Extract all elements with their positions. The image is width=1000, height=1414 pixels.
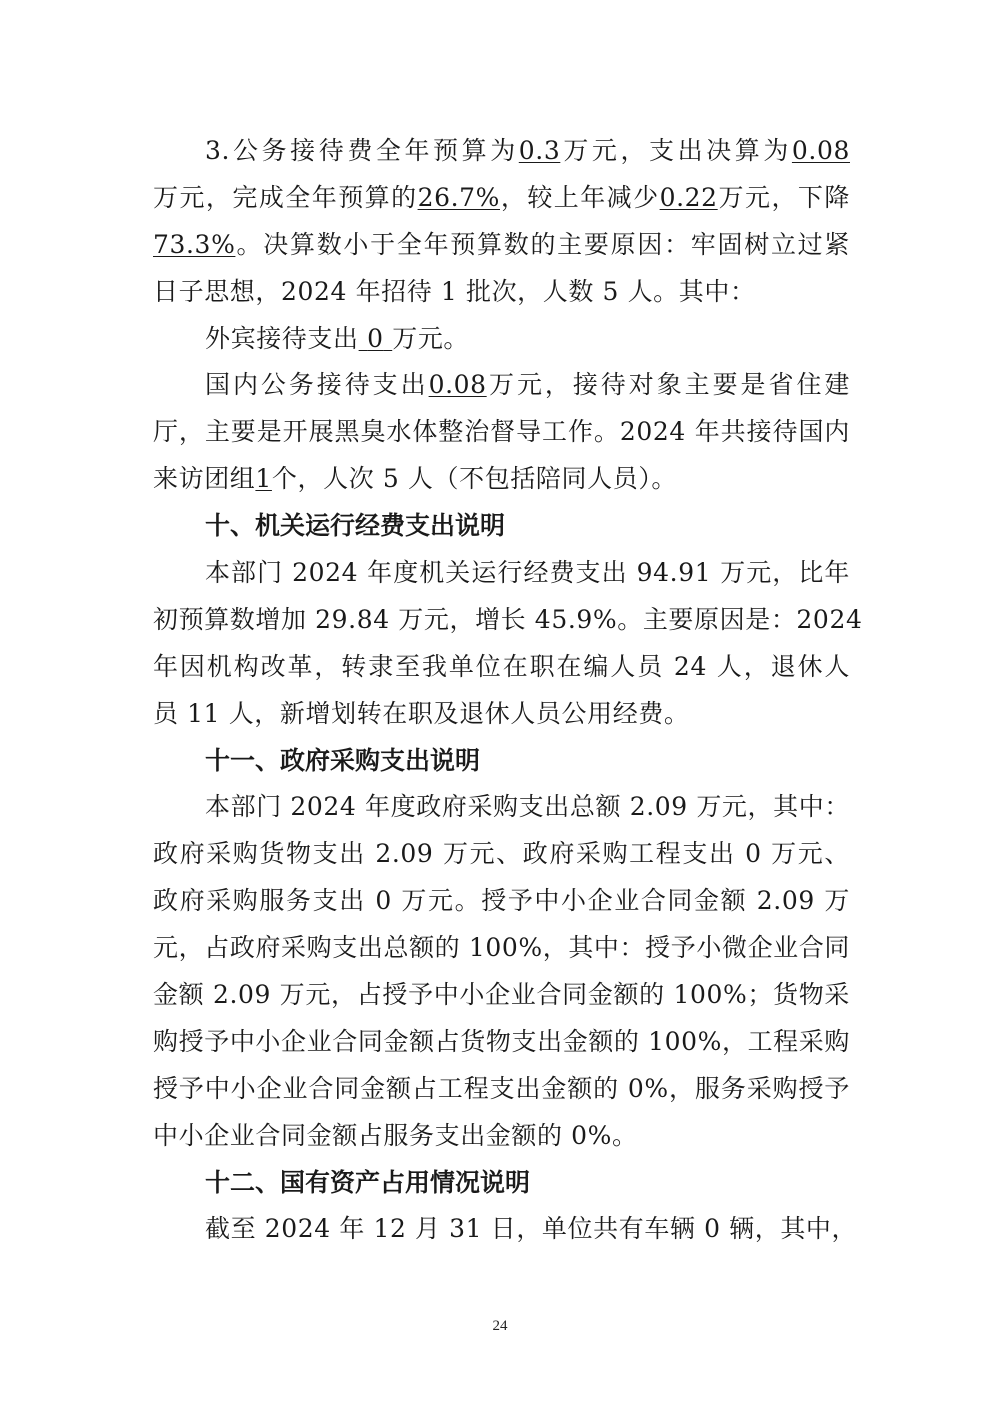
text-line: 中小企业合同金额占服务支出金额的 0%。 xyxy=(153,1113,850,1160)
page-number: 24 xyxy=(0,1318,1000,1335)
text-line: 金额 2.09 万元，占授予中小企业合同金额的 100%；货物采 xyxy=(153,972,850,1019)
drop-rate: 73.3% xyxy=(153,230,235,259)
document-page: 3.公务接待费全年预算为0.3万元，支出决算为0.08 万元，完成全年预算的26… xyxy=(153,128,850,1253)
section-heading-procurement: 十一、政府采购支出说明 xyxy=(153,738,850,785)
text-line: 政府采购货物支出 2.09 万元、政府采购工程支出 0 万元、 xyxy=(153,831,850,878)
text-line: 截至 2024 年 12 月 31 日，单位共有车辆 0 辆，其中， xyxy=(153,1206,850,1253)
text-line: 日子思想，2024 年招待 1 批次，人数 5 人。其中： xyxy=(153,269,850,316)
paragraph-reception-summary: 3.公务接待费全年预算为0.3万元，支出决算为0.08 万元，完成全年预算的26… xyxy=(153,128,850,316)
text-line: 来访团组1个，人次 5 人（不包括陪同人员）。 xyxy=(153,456,850,503)
text-line: 授予中小企业合同金额占工程支出金额的 0%，服务采购授予 xyxy=(153,1066,850,1113)
text-line: 购授予中小企业合同金额占货物支出金额的 100%，工程采购 xyxy=(153,1019,850,1066)
paragraph-state-assets: 截至 2024 年 12 月 31 日，单位共有车辆 0 辆，其中， xyxy=(153,1206,850,1253)
text-line: 国内公务接待支出0.08万元，接待对象主要是省住建 xyxy=(153,362,850,409)
text-line: 本部门 2024 年度机关运行经费支出 94.91 万元，比年 xyxy=(153,550,850,597)
completion-rate: 26.7% xyxy=(418,183,500,212)
text-line: 3.公务接待费全年预算为0.3万元，支出决算为0.08 xyxy=(153,128,850,175)
text-line: 73.3%。决算数小于全年预算数的主要原因：牢固树立过紧 xyxy=(153,222,850,269)
delegation-count: 1 xyxy=(255,464,272,493)
domestic-reception-value: 0.08 xyxy=(429,370,487,399)
paragraph-procurement: 本部门 2024 年度政府采购支出总额 2.09 万元，其中： 政府采购货物支出… xyxy=(153,784,850,1159)
text-line: 厅，主要是开展黑臭水体整治督导工作。2024 年共接待国内 xyxy=(153,409,850,456)
text-line: 年因机构改革，转隶至我单位在职在编人员 24 人，退休人 xyxy=(153,644,850,691)
section-heading-operating-expenses: 十、机关运行经费支出说明 xyxy=(153,503,850,550)
foreign-reception-value: 0 xyxy=(359,324,393,353)
budget-value: 0.3 xyxy=(519,136,561,165)
text-line: 外宾接待支出 0 万元。 xyxy=(153,316,850,363)
paragraph-foreign-reception: 外宾接待支出 0 万元。 xyxy=(153,316,850,363)
text-line: 政府采购服务支出 0 万元。授予中小企业合同金额 2.09 万 xyxy=(153,878,850,925)
decrease-value: 0.22 xyxy=(660,183,718,212)
section-heading-state-assets: 十二、国有资产占用情况说明 xyxy=(153,1160,850,1207)
text-line: 员 11 人，新增划转在职及退休人员公用经费。 xyxy=(153,691,850,738)
text-line: 万元，完成全年预算的26.7%，较上年减少0.22万元，下降 xyxy=(153,175,850,222)
text-line: 初预算数增加 29.84 万元，增长 45.9%。主要原因是：2024 xyxy=(153,597,850,644)
actual-value: 0.08 xyxy=(792,136,850,165)
text-line: 本部门 2024 年度政府采购支出总额 2.09 万元，其中： xyxy=(153,784,850,831)
paragraph-domestic-reception: 国内公务接待支出0.08万元，接待对象主要是省住建 厅，主要是开展黑臭水体整治督… xyxy=(153,362,850,503)
paragraph-operating-expenses: 本部门 2024 年度机关运行经费支出 94.91 万元，比年 初预算数增加 2… xyxy=(153,550,850,738)
text-line: 元，占政府采购支出总额的 100%，其中：授予小微企业合同 xyxy=(153,925,850,972)
